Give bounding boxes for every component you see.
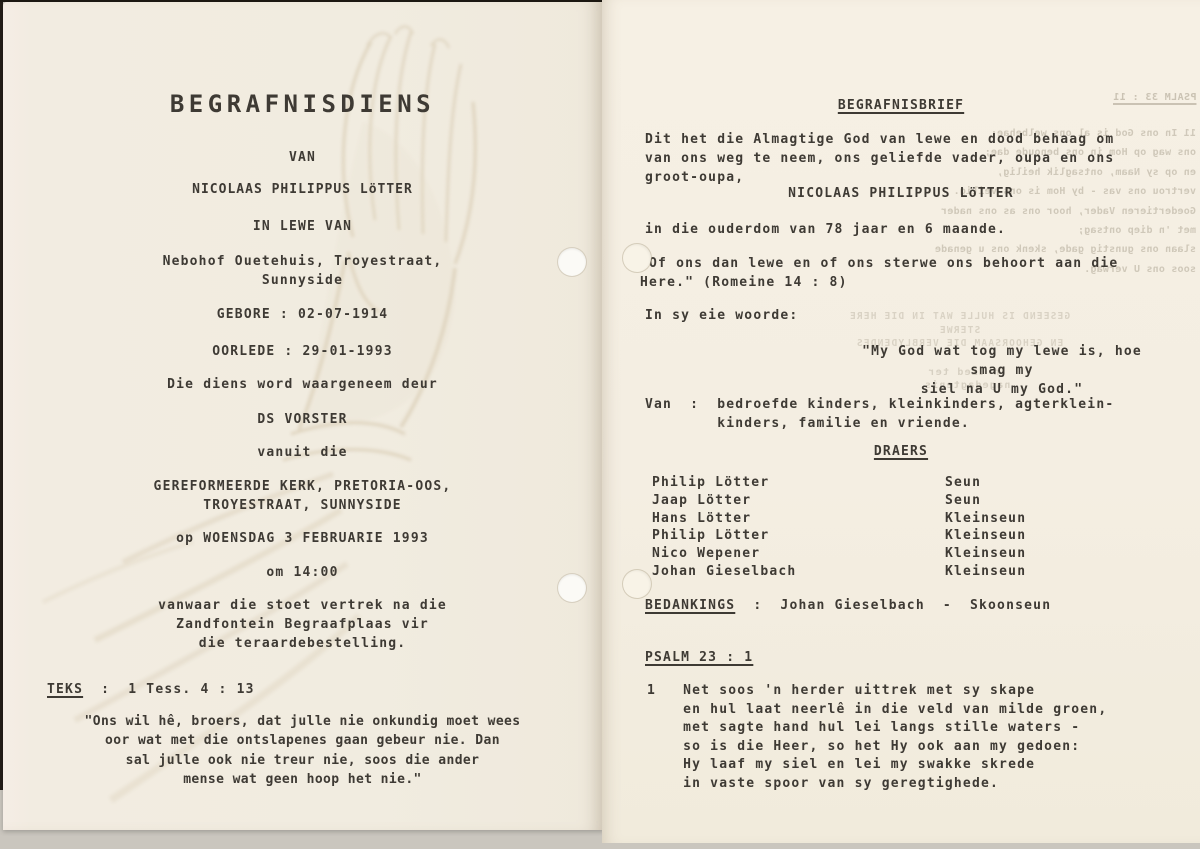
own-words-quote: "My God wat tog my lewe is, hoe smag my … bbox=[852, 342, 1152, 399]
psalm-verse: 1 Net soos 'n herder uittrek met sy skap… bbox=[647, 682, 1107, 794]
teks-quote: "Ons wil hê, broers, dat julle nie onkun… bbox=[3, 712, 602, 789]
punch-hole bbox=[623, 570, 651, 598]
service-time: om 14:00 bbox=[3, 563, 602, 582]
age-line: in die ouderdom van 78 jaar en 6 maande. bbox=[645, 220, 1006, 239]
vanuit-die-label: vanuit die bbox=[3, 443, 602, 462]
intro-paragraph: Dit het die Almagtige God van lewe en do… bbox=[645, 130, 1114, 187]
bearer-name: Philip Lötter bbox=[652, 527, 945, 545]
teks-label: TEKS bbox=[47, 682, 83, 697]
bearer-role: Kleinseun bbox=[945, 545, 1026, 563]
bearer-row: Johan Gieselbach Kleinseun bbox=[652, 563, 1152, 581]
bearer-role: Kleinseun bbox=[945, 563, 1026, 581]
bearer-role: Kleinseun bbox=[945, 527, 1026, 545]
deceased-name: NICOLAAS PHILIPPUS LöTTER bbox=[3, 180, 602, 199]
page-title: BEGRAFNISDIENS bbox=[3, 95, 602, 114]
van-label: VAN bbox=[3, 148, 602, 167]
deceased-name: NICOLAAS PHILIPPUS LöTTER bbox=[602, 184, 1200, 203]
bearer-row: Philip Lötter Kleinseun bbox=[652, 527, 1152, 545]
in-lewe-van-label: IN LEWE VAN bbox=[3, 217, 602, 236]
begrafnisbrief-heading: BEGRAFNISBRIEF bbox=[838, 98, 964, 113]
bearers-list: Philip Lötter Seun Jaap Lötter Seun Hans… bbox=[652, 474, 1152, 581]
died-line: OORLEDE : 29-01-1993 bbox=[3, 342, 602, 361]
bearer-row: Philip Lötter Seun bbox=[652, 474, 1152, 492]
bearer-name: Nico Wepener bbox=[652, 545, 945, 563]
from-family-line: Van : bedroefde kinders, kleinkinders, a… bbox=[645, 395, 1114, 433]
bearer-role: Seun bbox=[945, 492, 981, 510]
teks-reference: : 1 Tess. 4 : 13 bbox=[83, 682, 255, 697]
bedankings-line: BEDANKINGS : Johan Gieselbach - Skoonseu… bbox=[645, 596, 1051, 615]
bedankings-label: BEDANKINGS bbox=[645, 598, 735, 613]
bearer-name: Hans Lötter bbox=[652, 510, 945, 528]
bearers-heading: DRAERS bbox=[874, 444, 928, 459]
punch-hole bbox=[558, 248, 586, 276]
right-page: PSALM 33 : 11 11 In ons God is al ons we… bbox=[602, 0, 1200, 843]
service-date: op WOENSDAG 3 FEBRUARIE 1993 bbox=[3, 529, 602, 548]
psalm-heading: PSALM 23 : 1 bbox=[645, 650, 753, 665]
procession-note: vanwaar die stoet vertrek na die Zandfon… bbox=[3, 596, 602, 653]
punch-hole bbox=[623, 244, 651, 272]
bearer-row: Hans Lötter Kleinseun bbox=[652, 510, 1152, 528]
minister-name: DS VORSTER bbox=[3, 410, 602, 429]
bearer-name: Johan Gieselbach bbox=[652, 563, 945, 581]
own-words-label: In sy eie woorde: bbox=[645, 306, 798, 325]
bedankings-value: : Johan Gieselbach - Skoonseun bbox=[735, 598, 1051, 613]
bearer-role: Seun bbox=[945, 474, 981, 492]
punch-hole bbox=[558, 574, 586, 602]
bearer-row: Jaap Lötter Seun bbox=[652, 492, 1152, 510]
conducted-by-line: Die diens word waargeneem deur bbox=[3, 375, 602, 394]
residence: Nebohof Ouetehuis, Troyestraat, Sunnysid… bbox=[3, 252, 602, 290]
bearer-row: Nico Wepener Kleinseun bbox=[652, 545, 1152, 563]
teks-line: TEKS : 1 Tess. 4 : 13 bbox=[47, 680, 255, 699]
born-line: GEBORE : 02-07-1914 bbox=[3, 305, 602, 324]
church-name: GEREFORMEERDE KERK, PRETORIA-OOS, TROYES… bbox=[3, 477, 602, 515]
left-page: BEGRAFNISDIENS VAN NICOLAAS PHILIPPUS Lö… bbox=[3, 2, 604, 830]
bearer-name: Philip Lötter bbox=[652, 474, 945, 492]
scripture-quote: "Of ons dan lewe en of ons sterwe ons be… bbox=[640, 254, 1118, 292]
bearer-name: Jaap Lötter bbox=[652, 492, 945, 510]
bearer-role: Kleinseun bbox=[945, 510, 1026, 528]
